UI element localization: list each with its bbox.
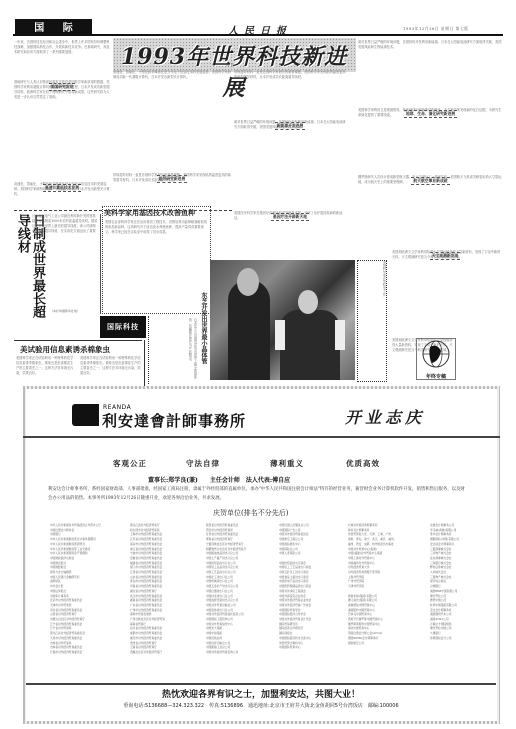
congrats-column: 长城对外经济律师事务所新华会计师事务所外经贸部驻大连、天津、上海、广州、深圳、青… <box>348 523 396 645</box>
divider <box>144 340 145 386</box>
ad-company-name: 利安達會計師事務所 <box>102 410 246 431</box>
caption-box: 美国科学家在实验室工作 <box>357 260 387 382</box>
ad-body: 利安达会计师事务所，系经国家财政部、人事部批准，经国家工商局注册，隶属于外经贸部… <box>48 485 468 503</box>
section-char: 际 <box>63 19 73 34</box>
article-body: 常规超导材料一直是各国科学家研究的重要课题，美国科学家发现临界温度更高的新型超导… <box>113 173 231 205</box>
article-body: 俄罗斯研究人员设计建成新型航天器，在太空进行了一系列实验。美国航天飞机成功修复哈… <box>358 175 503 238</box>
article-body: 美国医疗科学家在基因疗法领域取得突破性成果，开辟了治疗遗传疾病的新途径。 <box>234 211 346 255</box>
congrats-item: 中国对外经济贸易咨询公司 <box>206 650 246 655</box>
ad-officers: 董事长:郑学良(兼) 主任会计师 法人代表:傅自应 <box>148 475 290 484</box>
story-body: 日本东芝公司最近开发出世界上最小的晶体管，其栅极长度仅为0.04微米。 <box>152 318 197 382</box>
news-photo <box>210 260 355 380</box>
story-body: 美国科学家正在试验利用一种特殊的化学信息素诱杀棉象虫。棉象虫是危害棉花生产的主要… <box>80 356 142 386</box>
congrats-column: 陕西省对外经济贸易委员会西安市对外经济贸易局甘肃省对外经济贸易委员会青海省对外经… <box>206 523 246 655</box>
ad-slogan: 守法自律 <box>186 458 220 469</box>
congrats-column: 黑龙江省对外经济贸易厅哈尔滨市对外经济贸易局上海市对外经济贸易委员会江苏省对外经… <box>130 523 165 655</box>
congrats-column: 中国出国人员服务总公司中国国际广告公司中国对外经济贸易促进会中国航空工程总公司中… <box>279 523 311 650</box>
photo-face <box>237 268 259 296</box>
congrats-item: 南京市对外经济贸易委员会 <box>130 542 165 547</box>
story-body: 美国科学家正在试验利用一种特殊的化学信息素诱杀棉象虫。棉象虫是危害棉花生产的主要… <box>16 356 76 386</box>
column-logo-label: 年终专稿 <box>417 373 455 380</box>
globe-icon <box>417 339 455 369</box>
header-rule <box>13 34 503 36</box>
ad-slogan: 客观公正 <box>113 458 147 469</box>
divider <box>148 316 149 384</box>
photo-detail <box>275 320 345 350</box>
congrats-item: 福州、西安、成都、杭州特派员办事处 <box>348 542 396 547</box>
congrats-item: 重庆市对外经济贸易委员会 <box>130 636 165 641</box>
ad-footer-slogan: 热忱欢迎各界有识之士，加盟利安达，共图大业！ <box>26 687 496 700</box>
ad-slogan: 薄利重义 <box>270 458 304 469</box>
congrats-item: 杜邦中国集团有限公司 <box>430 603 459 608</box>
article-body: 面对世界日益严峻的环境问题，各国纷纷开发利用新能源。日本在太阳能电池研究方面取得… <box>234 120 346 200</box>
photo-caption: 美国科学家在实验室工作 <box>358 261 386 381</box>
congrats-item: 美国IBM中国有限公司 <box>430 589 459 594</box>
section-label: 国 际 <box>15 19 92 34</box>
congrats-column: 中华人民共和国对外贸易经济合作部办公厅中国注册会计师协会中国银行中华人民共和国财… <box>50 523 101 655</box>
congrats-item: 广东省对外经济贸易委员会 <box>130 603 165 608</box>
divider <box>14 340 142 341</box>
congrats-item: 世界国际会计公司 <box>430 636 459 641</box>
congrats-item: 中国对外经济贸易广告协会 <box>279 603 311 608</box>
congrats-title: 庆贺单位(排名不分先后) <box>213 508 288 518</box>
congrats-item: 黑龙江省对外经济贸易厅 <box>130 523 165 528</box>
congrats-item: 国泰航空公司 <box>348 641 396 646</box>
congrats-item: 宁夏回族自治区对外经济贸易厅 <box>206 542 246 547</box>
story-body: 日本住友电气工业公司最近利用新开发的铋系超导材料制成1000米长的高温超导线材。… <box>32 214 98 314</box>
congrats-item: 中国出国人员服务总公司 <box>279 523 311 528</box>
ad-announcement: 开业志庆 <box>345 405 425 428</box>
ad-rule <box>23 436 500 438</box>
article-body: 面对世界日益严峻的环境问题，各国纷纷开发利用新能源。日本在太阳能电池研究方面取得… <box>358 40 503 95</box>
article-body: 美国科学家利用卫星观测资料，发现地球内部新的结构特征。古生物学家发现新的化石证据… <box>358 108 503 163</box>
feature-byline: 冉 冉 <box>226 63 234 68</box>
column-logo: 年终专稿 <box>416 338 456 380</box>
ad-slogan: 优质高效 <box>346 458 380 469</box>
article-body: 美国和欧洲天文学家利用哈勃太空望远镜获得大量新资料，发现了宇宙中新的天体。天文观… <box>392 250 502 336</box>
congrats-item: 安徽省对外经济贸易委员会 <box>130 556 165 561</box>
divider <box>100 214 101 314</box>
story-headline: 美科学家用基因技术改善鱼种 <box>104 208 195 218</box>
dateline: 1993年12月26日 星期日 第七版 <box>403 26 468 32</box>
feature-intro: 一年来，各国科技在经济和社会进步中，世界上许多国家纷纷调整科技战略，加强国际科技… <box>14 40 110 70</box>
congrats-column: 永道会计师事务公司毕马威(香港)有限公司普华会计师事务所德勤国际(中国)有限公司… <box>430 523 459 641</box>
article-body: 高速化、智能化、小型化和多媒体化是当代电子信息技术的发展趋势。美国科学家研制成功… <box>113 70 231 162</box>
reanda-logo-icon <box>72 404 99 426</box>
congrats-item: 中国国际经济技术交流中心 <box>279 636 311 641</box>
article-body: 基础研究与人类认识物质起源有关的是美国科学家新获得的数据。美国科学家利用超级计算… <box>14 80 110 170</box>
photo-face <box>298 290 318 314</box>
story-headline: 东芝开发出世界最小晶体管 <box>200 292 207 382</box>
section-char: 国 <box>34 19 44 34</box>
ad-footer-rule <box>26 683 496 685</box>
congrats-item: 西藏自治区对外经济贸易厅 <box>130 650 165 655</box>
congrats-item: 长春市对外经济贸易委员会 <box>50 650 101 655</box>
congrats-item: 中华人民共和国对外贸易经济合作部办公厅 <box>50 523 101 528</box>
story-source: （本栏均据新华社电） <box>50 309 80 313</box>
article-body: 常规超导材料一直是各国科学家研究的重要课题，美国科学家发现临界温度更高的新型超导… <box>234 70 346 110</box>
article-body: 高速化、智能化、小型化和多媒体化是当代电子信息技术的发展趋势。美国科学家研制成功… <box>14 182 110 208</box>
congrats-item: 中国国际贸易中心 <box>279 645 311 650</box>
ad-contact-info: 垂询电话:5136688—324.323.322 传真:5136896 通迅地址… <box>26 702 496 709</box>
story-body: 美国农业部的科学家正在运用基因工程技术，试图培养出能够耐寒耐低氧的鱼类新品种。这… <box>105 220 209 310</box>
kicker-international-tech: 国际科技 <box>100 316 146 338</box>
story-headline: 美试验用信息素诱杀棉象虫 <box>20 344 110 355</box>
